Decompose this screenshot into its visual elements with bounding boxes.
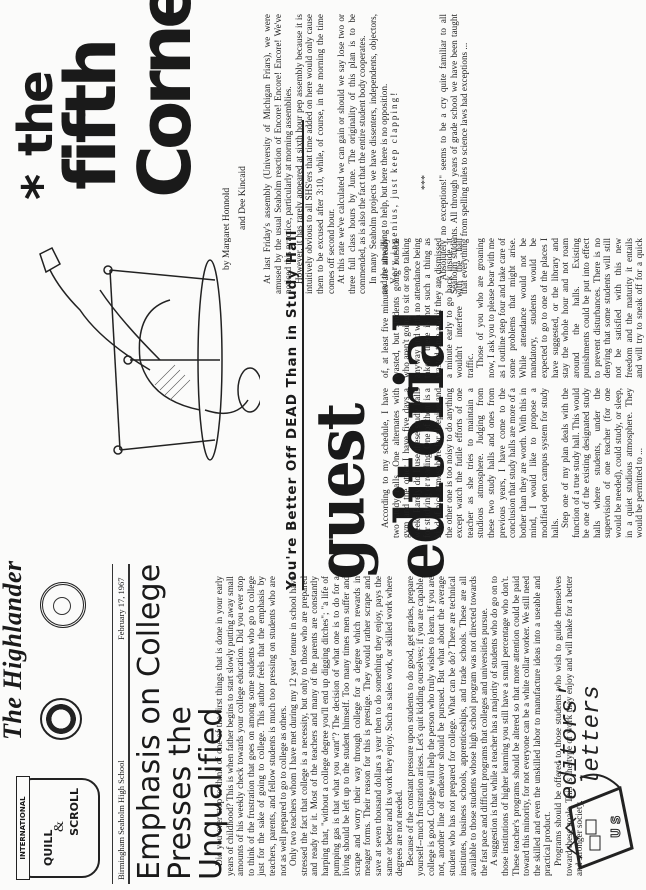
paragraph: However, it has rarely appeared at sixth… [294, 14, 336, 294]
school-name: Birmingham Seaholm High School [116, 760, 126, 880]
fifth-corner-word-fifth: fifth [56, 42, 126, 190]
byline-author-2: and Dee Kincaid [238, 166, 248, 230]
school-seal-icon [40, 582, 86, 628]
fifth-corner-word-corner: Corner [126, 0, 204, 198]
paragraph: According to my schedule, I have two stu… [380, 388, 560, 538]
newspaper-title: The Highlander [0, 560, 28, 740]
guest-editorial-column-2: of, at least five minutes are already wa… [380, 238, 646, 378]
fifth-corner-column-1: At last Friday's assembly (University of… [262, 14, 400, 294]
svg-text:U S: U S [609, 815, 623, 838]
paragraph: Those of you who are groaning now, I ask… [475, 238, 646, 378]
paragraph: At this rate we've calculated we can gai… [336, 14, 368, 294]
fifth-corner-heading: * the fifth Corner [8, 10, 218, 200]
guest-editorial-column-1: According to my schedule, I have two stu… [380, 388, 645, 538]
paragraph: Only two teachers whom I have met during… [288, 576, 405, 876]
paragraph: A suggestion is that while a teacher has… [489, 576, 553, 876]
paragraph: Because of the constant pressure upon st… [405, 576, 490, 876]
paragraph: "Absolutely no exceptions!" seems to be … [438, 14, 470, 294]
letters-title-line2: letters [582, 690, 604, 800]
scanned-newspaper-page: INTERNATIONAL QUILL & SCROLL The Highlan… [0, 0, 646, 890]
badge-ribbon: INTERNATIONAL [16, 776, 30, 880]
emphasis-article-body: Did you ever stop to think of one of the… [214, 576, 585, 876]
paragraph: Very ingenius, just keep clapping! [389, 14, 400, 294]
masthead-rule-top [112, 564, 113, 884]
paragraph: At last Friday's assembly (University of… [262, 14, 294, 294]
badge-word-quill: QUILL [42, 830, 55, 866]
quill-and-scroll-badge-icon: INTERNATIONAL QUILL & SCROLL [22, 778, 100, 878]
paragraph: Step one of my plan deals with the funct… [560, 388, 645, 538]
emphasis-headline-line1: Emphasis on College [134, 550, 165, 880]
editors-letters-title: editors' letters [560, 690, 604, 800]
press-association-seal-icon [40, 698, 82, 740]
fifth-corner-column-2: "Absolutely no exceptions!" seems to be … [438, 14, 470, 294]
section-separator: *** [420, 175, 431, 190]
issue-date: February 17, 1967 [116, 577, 126, 640]
byline-author-1: by Margaret Honnold [222, 188, 232, 270]
newspaper-page-rotated: INTERNATIONAL QUILL & SCROLL The Highlan… [0, 0, 646, 890]
student-at-desk-illustration-icon [20, 240, 260, 510]
paragraph: In many Seaholm projects we have dissent… [368, 14, 389, 294]
badge-ampersand: & [52, 821, 68, 832]
paragraph: Did you ever stop to think of one of the… [214, 576, 288, 876]
badge-word-scroll: SCROLL [68, 788, 81, 836]
masthead-rule-bottom [128, 564, 130, 884]
